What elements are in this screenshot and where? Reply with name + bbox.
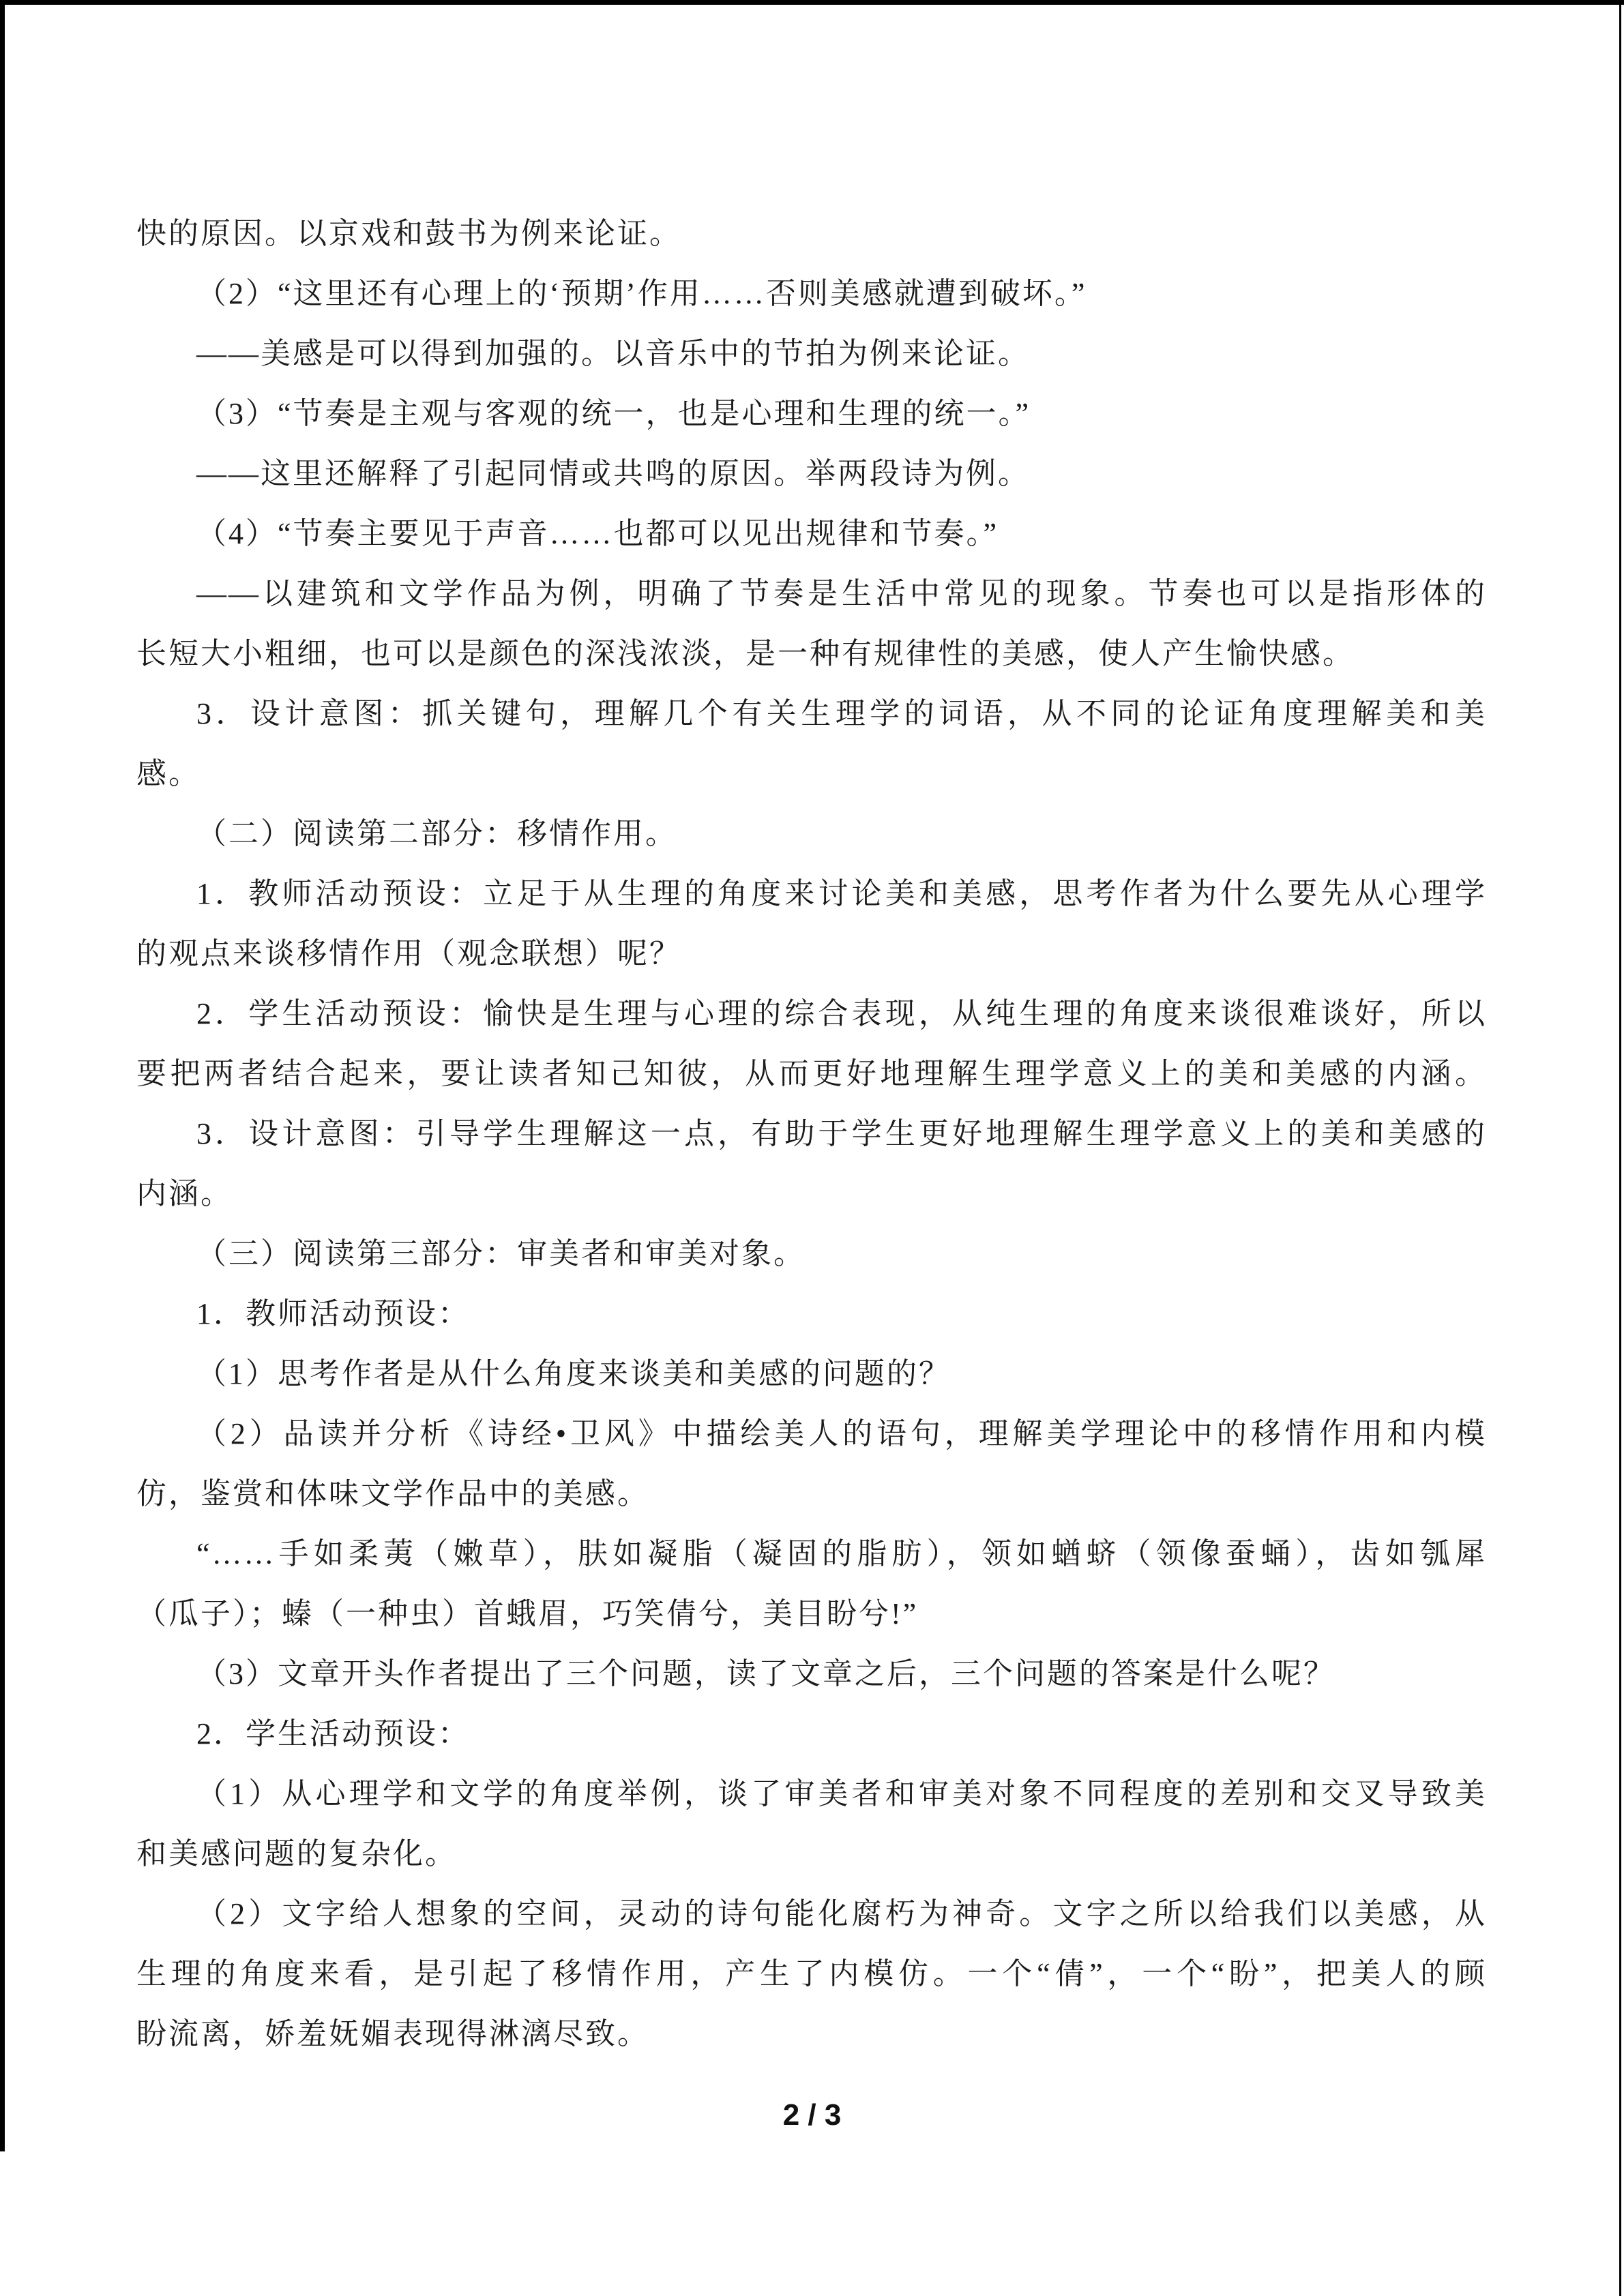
text-line: （1）思考作者是从什么角度来谈美和美感的问题的？: [136, 1344, 1487, 1404]
document-page: 快的原因。以京戏和鼓书为例来论证。 （2）“这里还有心理上的‘预期’作用……否则…: [0, 0, 1624, 2296]
text-line: 1．教师活动预设：: [136, 1284, 1487, 1344]
scan-border-right: [1619, 0, 1621, 2296]
text-line: 内涵。: [136, 1164, 1487, 1224]
text-line: “……手如柔荑（嫩草），肤如凝脂（凝固的脂肪），领如蝤蛴（领像蚕蛹），齿如瓠犀: [136, 1524, 1487, 1584]
text-line: 和美感问题的复杂化。: [136, 1824, 1487, 1884]
text-line: （3）文章开头作者提出了三个问题，读了文章之后，三个问题的答案是什么呢？: [136, 1644, 1487, 1704]
page-number: 2 / 3: [0, 2095, 1624, 2136]
text-line: 2．学生活动预设：愉快是生理与心理的综合表现，从纯生理的角度来谈很难谈好，所以: [136, 984, 1487, 1044]
document-body: 快的原因。以京戏和鼓书为例来论证。 （2）“这里还有心理上的‘预期’作用……否则…: [136, 204, 1487, 2064]
text-line: （2）品读并分析《诗经•卫风》中描绘美人的语句，理解美学理论中的移情作用和内模: [136, 1404, 1487, 1464]
text-line: （瓜子）；螓（一种虫）首蛾眉，巧笑倩兮，美目盼兮!”: [136, 1584, 1487, 1644]
text-line: 盼流离，娇羞妩媚表现得淋漓尽致。: [136, 2004, 1487, 2064]
text-line: ——美感是可以得到加强的。以音乐中的节拍为例来论证。: [136, 324, 1487, 384]
text-line: 长短大小粗细，也可以是颜色的深浅浓淡，是一种有规律性的美感，使人产生愉快感。: [136, 624, 1487, 684]
text-line: （2）文字给人想象的空间，灵动的诗句能化腐朽为神奇。文字之所以给我们以美感，从: [136, 1884, 1487, 1944]
text-line: 3．设计意图：引导学生理解这一点，有助于学生更好地理解生理学意义上的美和美感的: [136, 1104, 1487, 1164]
text-line: 3．设计意图：抓关键句，理解几个有关生理学的词语，从不同的论证角度理解美和美: [136, 684, 1487, 744]
text-line: （3）“节奏是主观与客观的统一，也是心理和生理的统一。”: [136, 384, 1487, 444]
text-line: （2）“这里还有心理上的‘预期’作用……否则美感就遭到破坏。”: [136, 264, 1487, 324]
text-line: 2．学生活动预设：: [136, 1704, 1487, 1764]
text-line: （1）从心理学和文学的角度举例，谈了审美者和审美对象不同程度的差别和交叉导致美: [136, 1764, 1487, 1824]
text-line: ——以建筑和文学作品为例，明确了节奏是生活中常见的现象。节奏也可以是指形体的: [136, 564, 1487, 624]
text-line: （4）“节奏主要见于声音……也都可以见出规律和节奏。”: [136, 504, 1487, 564]
text-line: （二）阅读第二部分：移情作用。: [136, 804, 1487, 864]
scan-border-left: [0, 0, 5, 2151]
text-line: 仿，鉴赏和体味文学作品中的美感。: [136, 1464, 1487, 1524]
text-line: （三）阅读第三部分：审美者和审美对象。: [136, 1224, 1487, 1284]
text-line: 生理的角度来看，是引起了移情作用，产生了内模仿。一个“倩”，一个“盼”，把美人的…: [136, 1944, 1487, 2004]
text-line: 要把两者结合起来，要让读者知己知彼，从而更好地理解生理学意义上的美和美感的内涵。: [136, 1044, 1487, 1104]
text-line: 快的原因。以京戏和鼓书为例来论证。: [136, 204, 1487, 264]
text-line: 的观点来谈移情作用（观念联想）呢？: [136, 924, 1487, 984]
text-line: ——这里还解释了引起同情或共鸣的原因。举两段诗为例。: [136, 444, 1487, 504]
text-line: 感。: [136, 744, 1487, 804]
text-line: 1．教师活动预设：立足于从生理的角度来讨论美和美感，思考作者为什么要先从心理学: [136, 864, 1487, 924]
scan-border-top: [0, 0, 1624, 5]
